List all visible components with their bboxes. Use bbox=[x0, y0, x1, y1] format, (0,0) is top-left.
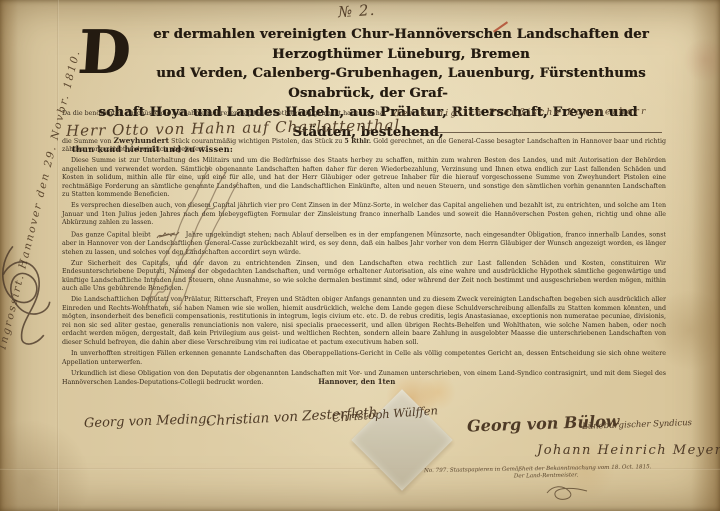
fill-in-rule-line bbox=[410, 132, 662, 133]
paragraph-1-sum: die Summe von Zweyhundert Stück courantm… bbox=[62, 137, 666, 155]
paragraph-4-rest: Jahre ungekündigt stehen; nach Ablauf de… bbox=[62, 232, 666, 256]
paragraph-3: Es versprechen dieselben auch, von diese… bbox=[62, 202, 666, 228]
handwritten-creditor-title: der Königlich Preußische Kammerherr bbox=[394, 107, 648, 119]
sum-text-b: Stück courantmäßig wichtigen Pistolen, d… bbox=[169, 138, 344, 145]
margin-registration-note: Ingrossirt. Hannover den 29. Novbr. 1810… bbox=[0, 93, 72, 350]
paragraph-7: In unverhofften streitigen Fällen erkenn… bbox=[62, 350, 666, 367]
paragraph-4: Das ganze Capital bleibt Jahre ungekündi… bbox=[62, 230, 666, 257]
signature-meyer: Johann Heinrich Meyer. bbox=[537, 443, 720, 458]
paragraph-4-start: Das ganze Capital bleibt bbox=[71, 232, 151, 239]
document-number: № 2. bbox=[337, 1, 375, 22]
document-scan: № 2. D er dermahlen vereinigten Chur-Han… bbox=[0, 0, 720, 511]
paragraph-2: Diese Summe ist zur Unterhaltung des Mil… bbox=[62, 157, 666, 200]
fold-crease-vertical bbox=[57, 0, 59, 511]
paragraph-6: Die Landschaftlichen Deputati von Prälat… bbox=[62, 296, 666, 347]
heading-line-1: er dermahlen vereinigten Chur-Hannöversc… bbox=[72, 25, 664, 64]
cashier-signature-flourish bbox=[543, 481, 591, 503]
handwritten-years-scribble bbox=[155, 230, 181, 240]
signature-meding: Georg von Meding. bbox=[84, 412, 211, 431]
place-date-line: Hannover, den 1ten bbox=[309, 378, 395, 387]
paragraph-8: Urkundlich ist diese Obligation von den … bbox=[62, 370, 666, 388]
paragraph-5: Zur Sicherheit des Capitals, und der dav… bbox=[62, 260, 666, 294]
sum-per-piece: 5 Rthlr. bbox=[344, 138, 371, 145]
paragraph-1-line-2: Herr Otto von Hahn auf Charlottenthal bbox=[62, 119, 666, 137]
drop-cap-initial: D bbox=[76, 27, 132, 79]
heading-line-2: und Verden, Calenberg-Grubenhagen, Lauen… bbox=[72, 64, 664, 103]
cashier-annotation: No. 797. Staatspapieren in Gemäßheit der… bbox=[424, 464, 668, 482]
document-body: Da die benöthigten Zuschüsse die Aufnahm… bbox=[62, 108, 666, 390]
